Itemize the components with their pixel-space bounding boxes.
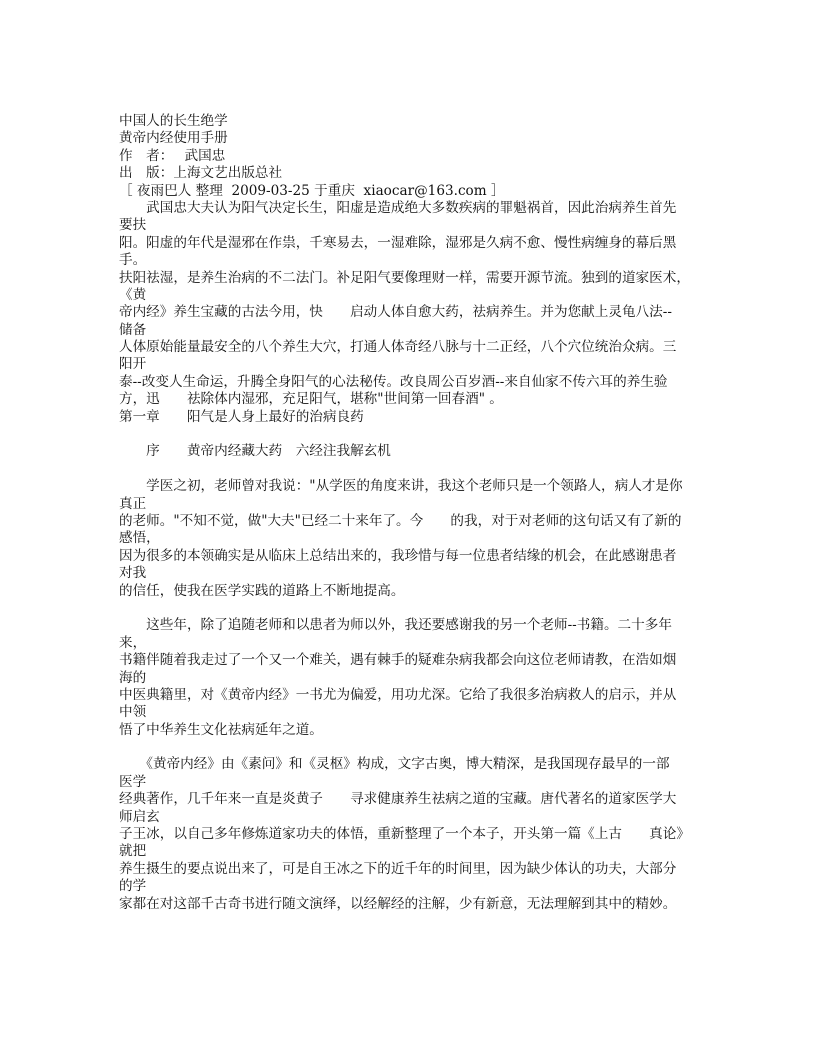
- paragraph-2: 这些年，除了追随老师和以患者为师以外，我还要感谢我的另一个老师--书籍。二十多年…: [119, 617, 719, 739]
- text-line: 中领: [119, 704, 719, 721]
- text-line: 医学: [119, 774, 719, 791]
- chapter-heading: 第一章 阳气是人身上最好的治病良药: [119, 409, 719, 426]
- text-line: 悟了中华养生文化祛病延年之道。: [119, 722, 719, 739]
- preface-heading: 序 黄帝内经藏大药 六经注我解玄机: [119, 443, 719, 460]
- blank-line: [119, 600, 719, 617]
- text-line: 的学: [119, 878, 719, 895]
- text-line: 经典著作，几千年来一直是炎黄子 寻求健康养生祛病之道的宝藏。唐代著名的道家医学大: [119, 791, 719, 808]
- text-line: 家都在对这部千古奇书进行随文演绎，以经解经的注解，少有新意，无法理解到其中的精妙…: [119, 896, 719, 913]
- text-line: 真正: [119, 496, 719, 513]
- text-line: 师启玄: [119, 809, 719, 826]
- blank-line: [119, 739, 719, 756]
- text-line: 学医之初，老师曾对我说："从学医的角度来讲，我这个老师只是一个领路人，病人才是你: [119, 478, 719, 495]
- text-line: 阳开: [119, 356, 719, 373]
- text-line: 《黄帝内经》由《素问》和《灵枢》构成，文字古奥，博大精深，是我国现存最早的一部: [119, 756, 719, 773]
- text-line: 扶阳祛湿，是养生治病的不二法门。补足阳气要像理财一样，需要开源节流。独到的道家医…: [119, 270, 719, 287]
- blank-line: [119, 461, 719, 478]
- text-line: 武国忠大夫认为阳气决定长生，阳虚是造成绝大多数疾病的罪魁祸首，因此治病养生首先: [119, 200, 719, 217]
- publisher-line: 出 版：上海文艺出版总社: [119, 165, 719, 182]
- text-line: 《黄: [119, 287, 719, 304]
- text-line: 的信任，使我在医学实践的道路上不断地提高。: [119, 583, 719, 600]
- text-line: 海的: [119, 670, 719, 687]
- text-line: 方，迅 祛除体内湿邪，充足阳气，堪称"世间第一回春酒" 。: [119, 391, 719, 408]
- paragraph-1: 学医之初，老师曾对我说："从学医的角度来讲，我这个老师只是一个领路人，病人才是你…: [119, 478, 719, 600]
- book-title: 中国人的长生绝学: [119, 113, 719, 130]
- text-line: 这些年，除了追随老师和以患者为师以外，我还要感谢我的另一个老师--书籍。二十多年: [119, 617, 719, 634]
- book-subtitle: 黄帝内经使用手册: [119, 130, 719, 147]
- text-line: 人体原始能量最安全的八个养生大穴，打通人体奇经八脉与十二正经，八个穴位统治众病。…: [119, 339, 719, 356]
- text-line: 因为很多的本领确实是从临床上总结出来的，我珍惜与每一位患者结缘的机会，在此感谢患…: [119, 548, 719, 565]
- text-line: 帝内经》养生宝藏的古法今用，快 启动人体自愈大药，祛病养生。并为您献上灵龟八法-…: [119, 304, 719, 321]
- text-line: 要扶: [119, 217, 719, 234]
- credit-line: ［ 夜雨巴人 整理 2009-03-25 于重庆 xiaocar@163.com…: [119, 183, 719, 200]
- text-line: 感悟，: [119, 530, 719, 547]
- text-line: 的老师。"不知不觉，做"大夫"已经二十来年了。今 的我，对于对老师的这句话又有了…: [119, 513, 719, 530]
- text-line: 储备: [119, 322, 719, 339]
- text-line: 对我: [119, 565, 719, 582]
- author-line: 作 者： 武国忠: [119, 148, 719, 165]
- paragraph-3: 《黄帝内经》由《素问》和《灵枢》构成，文字古奥，博大精深，是我国现存最早的一部 …: [119, 756, 719, 913]
- text-line: 子王冰，以自己多年修炼道家功夫的体悟，重新整理了一个本子，开头第一篇《上古 真论…: [119, 826, 719, 843]
- text-line: 泰--改变人生命运，升腾全身阳气的心法秘传。改良周公百岁酒--来自仙家不传六耳的…: [119, 374, 719, 391]
- text-line: 阳。阳虚的年代是湿邪在作祟，千寒易去，一湿难除，湿邪是久病不愈、慢性病缠身的幕后…: [119, 235, 719, 252]
- text-line: 养生摄生的要点说出来了，可是自王冰之下的近千年的时间里，因为缺少体认的功夫，大部…: [119, 861, 719, 878]
- text-line: 书籍伴随着我走过了一个又一个难关，遇有棘手的疑难杂病我都会向这位老师请教，在浩如…: [119, 652, 719, 669]
- text-line: 来，: [119, 635, 719, 652]
- intro-paragraph: 武国忠大夫认为阳气决定长生，阳虚是造成绝大多数疾病的罪魁祸首，因此治病养生首先 …: [119, 200, 719, 409]
- blank-line: [119, 426, 719, 443]
- text-line: 就把: [119, 843, 719, 860]
- document-page: 中国人的长生绝学 黄帝内经使用手册 作 者： 武国忠 出 版：上海文艺出版总社 …: [119, 113, 719, 913]
- text-line: 中医典籍里，对《黄帝内经》一书尤为偏爱，用功尤深。它给了我很多治病救人的启示，并…: [119, 687, 719, 704]
- text-line: 手。: [119, 252, 719, 269]
